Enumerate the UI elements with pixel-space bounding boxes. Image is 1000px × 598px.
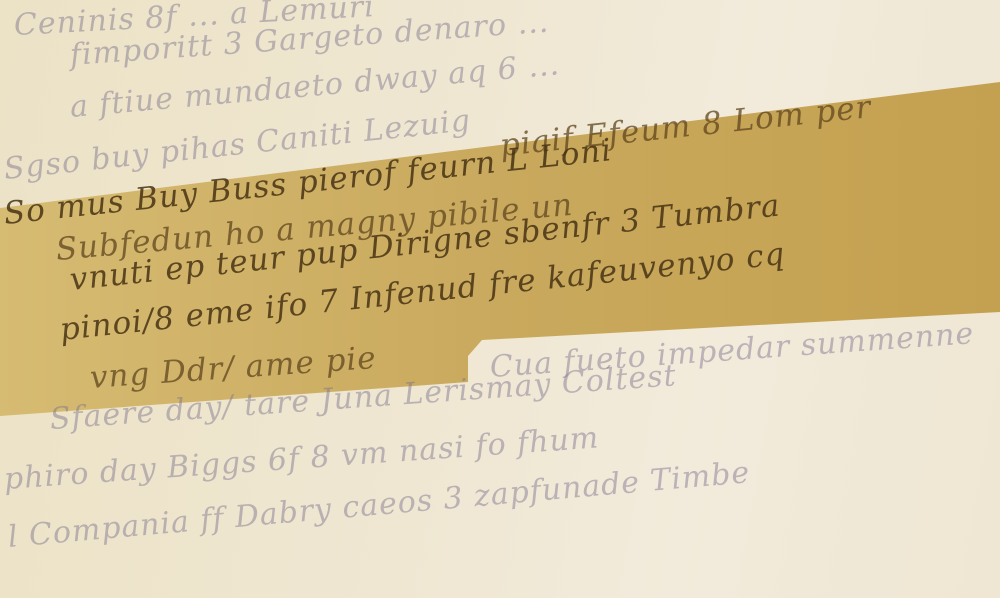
manuscript-photo: Ceninis 8f ... a Lemuri fimporitt 3 Garg…: [0, 0, 1000, 598]
